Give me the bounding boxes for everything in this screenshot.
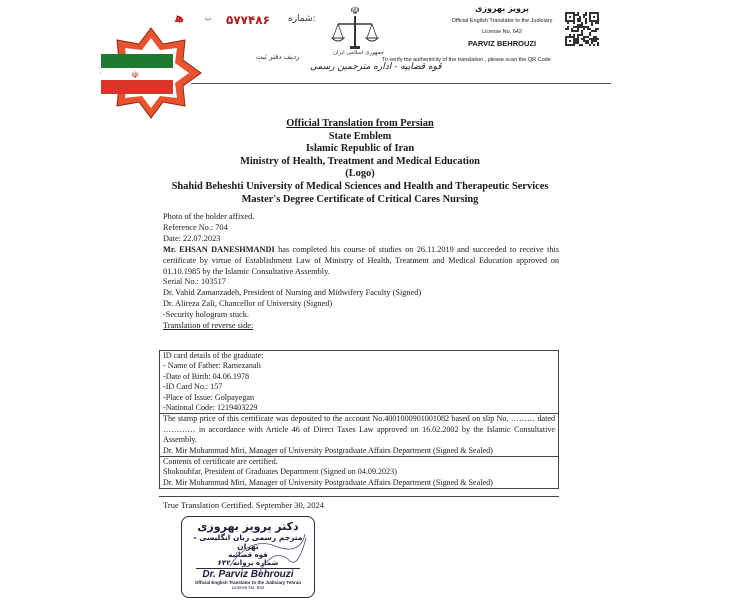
stamp-price-signer: Dr. Mir Mohammad Miri, Manager of Univer… <box>163 446 555 456</box>
reverse-side-boxes: ID card details of the graduate: - Name … <box>159 350 559 489</box>
photo-note: Photo of the holder affixed. <box>163 212 559 223</box>
title-certificate: Master's Degree Certificate of Critical … <box>150 194 570 207</box>
header-divider <box>191 83 611 84</box>
id-card-line: -Place of Issue: Golpayegan <box>163 393 555 403</box>
translator-role: Official English Translator to the Judic… <box>440 18 564 24</box>
certification-line: Dr. Mir Mohammad Miri, Manager of Univer… <box>163 478 555 488</box>
title-country: Islamic Republic of Iran <box>150 143 570 156</box>
translator-info: پرویز بهروزی Official English Translator… <box>440 4 564 48</box>
qr-code-icon[interactable] <box>565 12 599 46</box>
reverse-side-heading: Translation of reverse side: <box>163 321 559 332</box>
translator-name-en: PARVIZ BEHROUZI <box>440 39 564 48</box>
true-translation-certified: True Translation Certified. September 30… <box>163 500 324 510</box>
hologram-note: -Security hologram stuck. <box>163 310 559 321</box>
signer-faculty-president: Dr. Vahid Zamanzadeh, President of Nursi… <box>163 288 559 299</box>
serial-number-text: Serial No.: 103517 <box>163 277 559 288</box>
signer-chancellor: Dr. Alireza Zali, Chancellor of Universi… <box>163 299 559 310</box>
serial-letter: ه‍ <box>175 11 184 26</box>
footer-divider <box>159 496 559 497</box>
translator-name-fa: پرویز بهروزی <box>440 4 564 13</box>
title-ministry: Ministry of Health, Treatment and Medica… <box>150 156 570 169</box>
id-card-line: -Date of Birth: 04.06.1978 <box>163 372 555 382</box>
id-card-line: -National Code: 1219403229 <box>163 403 555 413</box>
serial-label: شماره: <box>288 14 316 24</box>
title-state-emblem: State Emblem <box>150 131 570 144</box>
id-card-box: ID card details of the graduate: - Name … <box>160 351 558 413</box>
translator-license: License No. 642 <box>440 29 564 35</box>
title-logo: (Logo) <box>150 168 570 181</box>
judiciary-department: قوه قضاییه - اداره مترجمین رسمی <box>310 62 442 72</box>
title-university: Shahid Beheshti University of Medical Sc… <box>150 181 570 194</box>
signature-icon <box>220 526 310 576</box>
stamp-license-en: License No. 642 <box>182 585 314 590</box>
svg-text:☫: ☫ <box>350 4 360 17</box>
iran-flag-star-emblem-icon: ☫ <box>97 26 205 120</box>
certification-line: Shokouhfar, President of Graduates Depar… <box>163 467 555 477</box>
certification-line: Contents of certificate are certified. <box>163 457 555 467</box>
stamp-price-box: The stamp price of this certificate was … <box>160 413 558 456</box>
qr-verification-note: To verify the authenticity of the transl… <box>382 57 551 63</box>
title-official-translation: Official Translation from Persian <box>150 118 570 131</box>
id-card-line: ID card details of the graduate: <box>163 351 555 361</box>
ledger-label: ردیف دفتر ثبت <box>256 53 300 61</box>
stamp-price-text: The stamp price of this certificate was … <box>163 414 555 445</box>
document-titles: Official Translation from Persian State … <box>150 118 570 206</box>
judiciary-name: جمهوری اسلامی ایران <box>333 50 384 56</box>
serial-mark: ب <box>205 14 212 22</box>
id-card-line: - Name of Father: Ramezanali <box>163 361 555 371</box>
certificate-body: Photo of the holder affixed. Reference N… <box>163 212 559 332</box>
holder-name: Mr. EHSAN DANESHMANDI <box>163 245 275 254</box>
completion-statement: Mr. EHSAN DANESHMANDI has completed his … <box>163 245 559 278</box>
reference-number: Reference No.: 704 <box>163 223 559 234</box>
scales-of-justice-icon: ☫ <box>330 2 380 54</box>
svg-text:☫: ☫ <box>131 71 139 81</box>
serial-number: ۵۷۷۴۸۶ <box>226 13 270 27</box>
issue-date: Date: 22.07.2023 <box>163 234 559 245</box>
certification-box: Contents of certificate are certified. S… <box>160 456 558 488</box>
id-card-line: -ID Card No.: 157 <box>163 382 555 392</box>
